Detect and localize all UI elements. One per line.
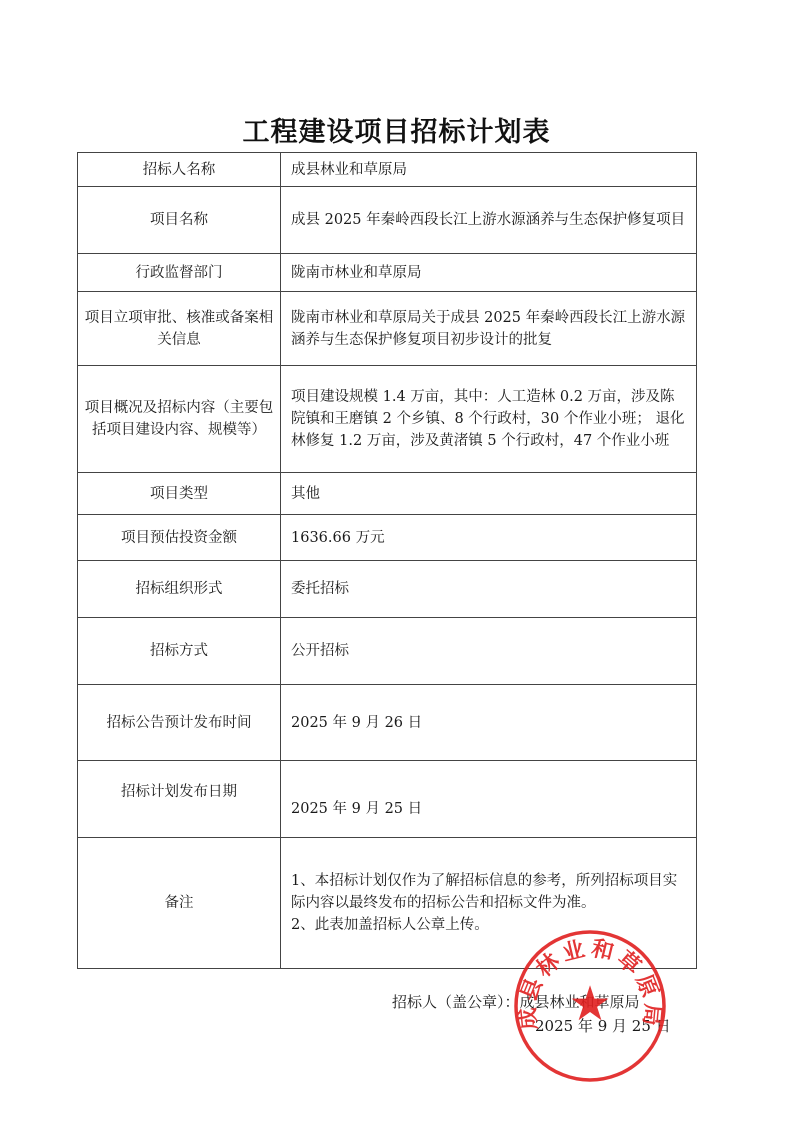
- remark-line: 2、此表加盖招标人公章上传。: [291, 914, 688, 936]
- table-row: 招标计划发布日期 2025 年 9 月 25 日: [78, 761, 697, 838]
- row-value: 陇南市林业和草原局关于成县 2025 年秦岭西段长江上游水源涵养与生态保护修复项…: [281, 292, 697, 366]
- row-label: 项目预估投资金额: [78, 515, 281, 561]
- row-value: 2025 年 9 月 26 日: [281, 685, 697, 761]
- row-label: 项目概况及招标内容（主要包括项目建设内容、规模等）: [78, 366, 281, 473]
- signature-date: 2025 年 9 月 25 日: [535, 1015, 671, 1036]
- row-value: 2025 年 9 月 25 日: [281, 761, 697, 838]
- row-label: 行政监督部门: [78, 254, 281, 292]
- signature-line: 招标人（盖公章）：成县林业和草原局: [392, 991, 640, 1012]
- row-label: 备注: [78, 838, 281, 969]
- row-value: 项目建设规模 1.4 万亩，其中：人工造林 0.2 万亩，涉及陈院镇和王磨镇 2…: [281, 366, 697, 473]
- table-row: 招标组织形式 委托招标: [78, 561, 697, 618]
- table-row: 项目概况及招标内容（主要包括项目建设内容、规模等） 项目建设规模 1.4 万亩，…: [78, 366, 697, 473]
- table-row: 项目预估投资金额 1636.66 万元: [78, 515, 697, 561]
- table-row: 招标方式 公开招标: [78, 618, 697, 685]
- signature-org: 成县林业和草原局: [520, 993, 640, 1011]
- row-label: 招标方式: [78, 618, 281, 685]
- row-value: 成县 2025 年秦岭西段长江上游水源涵养与生态保护修复项目: [281, 187, 697, 254]
- table-row: 项目类型 其他: [78, 473, 697, 515]
- row-value: 委托招标: [281, 561, 697, 618]
- row-value: 其他: [281, 473, 697, 515]
- bidding-plan-table: 招标人名称 成县林业和草原局 项目名称 成县 2025 年秦岭西段长江上游水源涵…: [77, 152, 697, 969]
- remarks-cell: 1、本招标计划仅作为了解招标信息的参考，所列招标项目实际内容以最终发布的招标公告…: [281, 838, 697, 969]
- table-row: 招标公告预计发布时间 2025 年 9 月 26 日: [78, 685, 697, 761]
- table-row: 招标人名称 成县林业和草原局: [78, 153, 697, 187]
- row-value: 陇南市林业和草原局: [281, 254, 697, 292]
- row-label: 招标人名称: [78, 153, 281, 187]
- remark-line: 1、本招标计划仅作为了解招标信息的参考，所列招标项目实际内容以最终发布的招标公告…: [291, 870, 688, 914]
- row-label: 招标计划发布日期: [78, 761, 281, 838]
- row-label: 项目立项审批、核准或备案相关信息: [78, 292, 281, 366]
- row-label: 项目类型: [78, 473, 281, 515]
- row-label: 项目名称: [78, 187, 281, 254]
- signature-label: 招标人（盖公章）：: [392, 993, 520, 1011]
- table-row: 备注 1、本招标计划仅作为了解招标信息的参考，所列招标项目实际内容以最终发布的招…: [78, 838, 697, 969]
- row-value: 1636.66 万元: [281, 515, 697, 561]
- table-row: 项目名称 成县 2025 年秦岭西段长江上游水源涵养与生态保护修复项目: [78, 187, 697, 254]
- table-row: 项目立项审批、核准或备案相关信息 陇南市林业和草原局关于成县 2025 年秦岭西…: [78, 292, 697, 366]
- table-row: 行政监督部门 陇南市林业和草原局: [78, 254, 697, 292]
- document-title: 工程建设项目招标计划表: [0, 110, 793, 149]
- row-value: 成县林业和草原局: [281, 153, 697, 187]
- row-value: 公开招标: [281, 618, 697, 685]
- row-label: 招标公告预计发布时间: [78, 685, 281, 761]
- row-label: 招标组织形式: [78, 561, 281, 618]
